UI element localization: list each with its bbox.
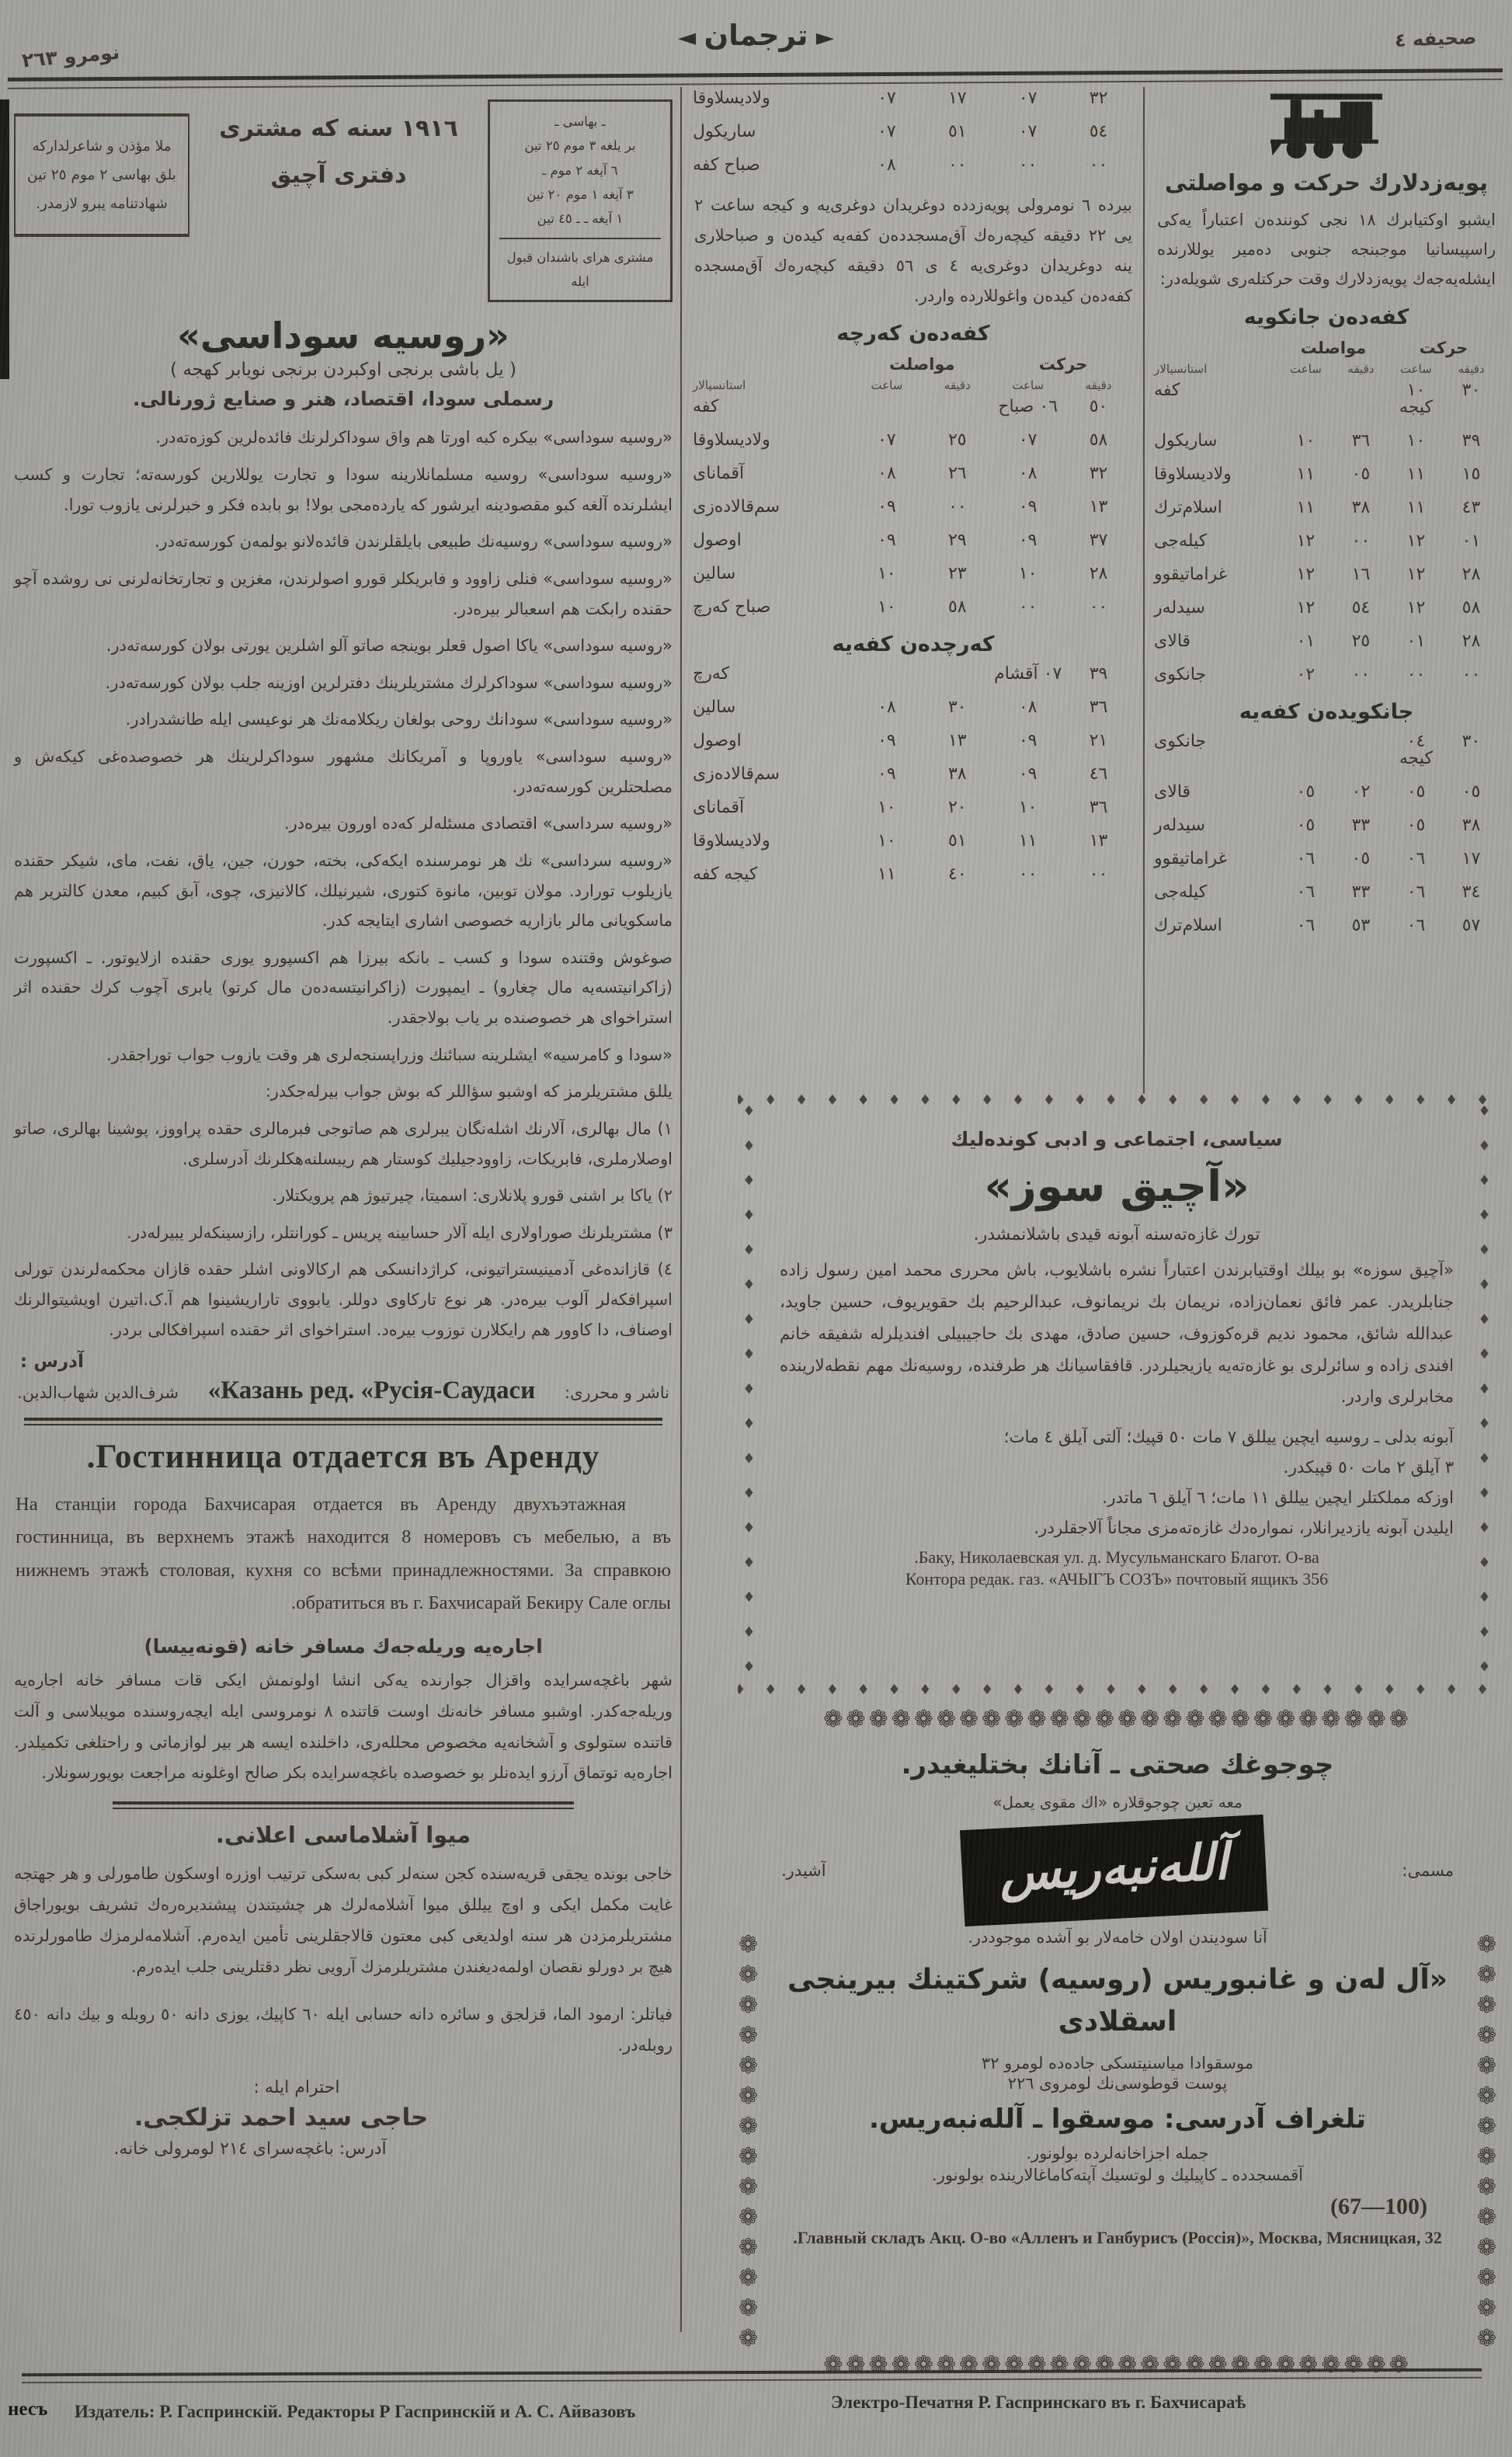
article-paragraph: «روسیه سوداسی» بیکره کبه اورتا هم واق سو… (14, 423, 673, 453)
departure-minute: ٣٩ (1444, 433, 1499, 450)
departure-hour: ٠٩ (992, 733, 1063, 750)
station-name: سیدلەر (1154, 600, 1278, 617)
address-label: آدرس : (20, 1352, 666, 1372)
departure-hour: ١٠ (992, 566, 1063, 583)
numbered-item: ١) مال بهالری، آلارنك اشلەنگان یبرلری هم… (14, 1114, 673, 1174)
departure-minute: ٣٢ (1063, 465, 1134, 482)
flower-border-icon (733, 1706, 1502, 1733)
header-rule (8, 68, 1503, 89)
achyq-price-russia: آبونه بدلی ـ روسیه ایچین ییللق ٧ مات ٥٠ … (780, 1428, 1454, 1447)
allen-ad-number: (67—100) (808, 2194, 1427, 2220)
timetable-row: ٣٦ ٠٨ ٣٠ ٠٨ سالین (693, 699, 1134, 716)
arrival-minute: ١٦ (1333, 566, 1389, 583)
article-subtitle: ( یل باشی برنجی اوکبردن برنجی نویابر کهج… (14, 360, 673, 380)
arrival-hour: ٠٧ (852, 124, 923, 141)
station-name: سالین (693, 699, 851, 716)
arrival-minute: ٠٥ (1333, 851, 1389, 868)
col-arrival-label: مواصلت (1278, 339, 1389, 357)
article-paragraph: «روسیه سوداسی» روسیەنك طبیعی بایلقلرندن … (14, 527, 673, 557)
timetable-row: ٥٧ ٠٦ ٥٣ ٠٦ اسلام‌ترك (1154, 917, 1499, 934)
timetable-row: ٠٥ ٠٥ ٠٢ ٠٥ قالای (1154, 784, 1499, 801)
kazan-imprint-line: ناشر و محرری: Казань ред. «Русія-Саудаси… (17, 1376, 669, 1405)
timetable-sub-header: دقیقه ساعت دقیقه ساعت استانسیالار (1154, 362, 1499, 376)
qa-service-line: «سودا و کامرسیه» ایشلرینه سبائنك وزراپسن… (14, 1040, 673, 1070)
station-name: غراماتیقوو (1154, 851, 1278, 868)
arrival-hour: ١٠ (1278, 433, 1333, 450)
departure-hour: ١٠ (992, 799, 1063, 816)
timetable-kefe-kerch: کفەدەن کەرچه حرکت مواصلت دقیقه ساعت دقیق… (693, 322, 1134, 616)
arrival-hour: ٠٩ (852, 499, 923, 516)
minute-label: دقیقه (1333, 362, 1389, 376)
arrival-minute: ٢٠ (922, 799, 992, 816)
departure-hour: ١٢ (1389, 600, 1444, 617)
price-line: ١ آیغه ـ ـ ٤٥ تین (499, 207, 661, 231)
arrival-minute: ٣٠ (922, 699, 992, 716)
notice-line: شهادتنامه یبرو لازمدر. (26, 190, 177, 218)
diamond-border-icon (738, 1092, 1496, 1108)
arrival-minute: ١٧ (922, 90, 992, 107)
arrival-minute: ٠٢ (1333, 784, 1389, 801)
arrival-hour: ١١ (852, 866, 923, 883)
station-name: سیدلەر (1154, 817, 1278, 834)
departure-minute: ٥٠ (1063, 398, 1134, 416)
departure-minute: ١٧ (1444, 851, 1499, 868)
price-line: مشتری هرای باشندان قبول ایله (499, 238, 661, 294)
station-name: ولادیسلاوقا (693, 90, 851, 107)
article-paragraph: «روسیه سوداسی» فنلی زاوود و فابریکلر قور… (14, 564, 673, 624)
departure-hour: ١٢ (1389, 566, 1444, 583)
station-name: کیجه کفه (693, 866, 851, 883)
achyq-body: «آچیق سوزه» بو بیلك اوقتیابرندن اعتباراً… (780, 1255, 1454, 1414)
timetable-row: ١٣ ١١ ٥١ ١٠ ولادیسلاوقا (693, 833, 1134, 850)
timetable-row: ٠٠ ٠٠ ٠٠ ٠٨ صباح کفه (693, 157, 1134, 174)
departure-minute: ٠٠ (1444, 666, 1499, 684)
flower-border-icon (735, 1729, 762, 2355)
arrival-minute: ٥١ (922, 833, 992, 850)
departure-minute: ٠٠ (1063, 599, 1134, 616)
allen-availability-1: جمله اجزاخانەلرده بولونور. (777, 2144, 1458, 2163)
departure-minute: ٢١ (1063, 733, 1134, 750)
war-trade-note: صوغوش وقتنده سودا و کسب ـ بانکه بیرزا هم… (14, 943, 673, 1033)
timetable-rows: ٣٩ ٠٧ آقشام کەرچ ٣٦ ٠٨ ٣٠ ٠٨ سالین ٢١ ٠٩… (693, 666, 1134, 883)
qa-intro-line: یللق مشتریلرمز که اوشبو سؤاللر که بوش جو… (14, 1077, 673, 1107)
departure-minute: ٣٢ (1063, 90, 1134, 107)
timetable-row: ٣٧ ٠٩ ٢٩ ٠٩ اوصول (693, 532, 1134, 549)
timetable-rows: ٥٠ ٠٦ صباح کفه ٥٨ ٠٧ ٢٥ ٠٧ ولادیسلاوقا ٣… (693, 398, 1134, 616)
allen-address-1: موسقوادا میاسنیتسکی جادەده لومرو ٣٢ (777, 2054, 1458, 2072)
station-name: قالای (1154, 633, 1278, 650)
allen-russian-line: Главный складъ Акц. О-во «Алленъ и Ганбу… (784, 2225, 1451, 2250)
departure-hour: ٠٦ صباح (992, 398, 1063, 416)
hotel-ad-heading-arabic: اجاره‌یه وریله‌جەك مسافر خانه (قونه‌ییسا… (14, 1635, 673, 1658)
article-paragraph: «روسیه سوداسی» سوداکرلرك مشتریلرینك دفتر… (14, 668, 673, 698)
allenburys-ad: چوجوغك صحتی ـ آنانك بختلیغیدر. معه تعین … (733, 1706, 1502, 2379)
arrival-minute: ٤٠ (922, 866, 992, 883)
arrival-minute: ١٣ (922, 733, 992, 750)
departure-hour: ١٠ (1389, 433, 1444, 450)
station-name: جانکوی (1154, 666, 1278, 684)
arrival-minute: ٠٠ (1333, 533, 1389, 550)
departure-hour: ١١ (1389, 466, 1444, 483)
station-name: آقمانای (693, 799, 851, 816)
hotel-ad-body: На станціи города Бахчисарая отдается въ… (16, 1488, 671, 1620)
departure-hour: ٠٨ (992, 699, 1063, 716)
arrival-minute: ٢٣ (922, 566, 992, 583)
timetable-row: ٣٦ ١٠ ٢٠ ١٠ آقمانای (693, 799, 1134, 816)
achyq-tagline: سیاسی، اجتماعی و ادبی کوندەلیك (769, 1128, 1465, 1150)
allen-availability-2: آقمسجدده ـ کاپیلیك و لوتسیك آپتەکاماغالا… (777, 2166, 1458, 2184)
arrival-hour (852, 666, 923, 683)
arrival-minute: ٣٣ (1333, 884, 1389, 901)
arrival-minute: ٥٤ (1333, 600, 1389, 617)
column-divider-right (1143, 87, 1145, 1094)
achyq-address-russian: Баку, Николаевская ул. д. Мусульманскаго… (769, 1547, 1465, 1568)
timetable-kerch-kefe: کەرچدەن کفەیه ٣٩ ٠٧ آقشام کەرچ ٣٦ ٠٨ ٣٠ … (693, 632, 1134, 883)
timetable-row: ٥٨ ١٢ ٥٤ ١٢ سیدلەر (1154, 600, 1499, 617)
station-name: صباح کەرچ (693, 599, 851, 616)
allen-brand-plate: آللەنبەریس (961, 1816, 1266, 1925)
middle-column: ٣٢ ٠٧ ١٧ ٠٧ ولادیسلاوقا ٥٤ ٠٧ ٥١ ٠٧ ساری… (693, 90, 1134, 900)
locomotive-icon (1154, 92, 1499, 165)
departure-minute: ٣٦ (1063, 699, 1134, 716)
masthead-title: ترجمان (0, 19, 1512, 52)
footer-publisher: Издатель: Р. Гаспринскій. Редакторы Р Га… (75, 2402, 635, 2422)
arrival-hour: ٠٧ (852, 90, 923, 107)
arrival-hour: ٠٥ (1278, 817, 1333, 834)
station-name: ولادیسلاوقا (1154, 466, 1278, 483)
footer-rule (22, 2368, 1482, 2384)
arrival-hour: ١٢ (1278, 566, 1333, 583)
timetable-row: ٥٠ ٠٦ صباح کفه (693, 398, 1134, 416)
arrival-hour: ٠٩ (852, 733, 923, 750)
arrival-minute: ٢٩ (922, 532, 992, 549)
timetable-sub-header: دقیقه ساعت دقیقه ساعت استانسیالار (693, 378, 1134, 392)
footer-printer: Электро-Печатня Р. Гаспринскаго въ г. Ба… (831, 2393, 1246, 2413)
achyq-price-foreign: اوزکه مملکتلر ایچین ییللق ١١ مات؛ ٦ آیلق… (780, 1488, 1454, 1508)
article-header-boxes: ـ بهاسی ـبر یلغه ٣ موم ٢٥ تین٦ آیغه ٢ مو… (14, 99, 673, 302)
timetable-row: ٠٠ ٠٠ ٠٠ ٠٢ جانکوی (1154, 666, 1499, 684)
departure-hour: ٠٩ (992, 766, 1063, 783)
departure-hour: ٠٠ (1389, 666, 1444, 684)
arrival-minute: ٠٠ (922, 157, 992, 174)
numbered-item: ٤) قازاندەغی آدمینیستراتیونی، کراژدانسکی… (14, 1255, 673, 1345)
arrival-hour: ٠٩ (852, 532, 923, 549)
departure-minute: ٢٨ (1444, 566, 1499, 583)
achyq-title: «آچیق سوز» (769, 1161, 1465, 1211)
arrival-hour: ١٢ (1278, 600, 1333, 617)
departure-minute: ٠٠ (1063, 866, 1134, 883)
hour-label: ساعت (1278, 362, 1333, 376)
departure-minute: ٥٨ (1063, 432, 1134, 449)
article-paragraph: «روسیه سوداسی» یاوروپا و آمریکانك مشهور … (14, 742, 673, 802)
departure-minute: ٣٦ (1063, 799, 1134, 816)
arrival-hour: ٠٦ (1278, 884, 1333, 901)
col-departure-label: حرکت (1389, 339, 1499, 357)
departure-hour: ٠٨ (992, 465, 1063, 482)
price-line: ـ بهاسی ـ (499, 110, 661, 134)
timetable-row: ٥٤ ٠٧ ٥١ ٠٧ ساریکول (693, 124, 1134, 141)
arrival-minute: ٠٠ (922, 499, 992, 516)
departure-hour: ٠٥ (1389, 817, 1444, 834)
publisher-editor-name: شرف‌الدین شهاب‌الدین. (17, 1383, 179, 1402)
hour-label: ساعت (852, 378, 923, 392)
departure-hour: ٠٠ (992, 157, 1063, 174)
arrival-minute: ٣٣ (1333, 817, 1389, 834)
timetable-row: ١٣ ٠٩ ٠٠ ٠٩ سم‌قالادەزی (693, 499, 1134, 516)
allen-telegraph-address: تلغراف آدرسی: موسقوا ـ آللەنبەریس. (777, 2104, 1458, 2135)
achyq-subscription-line: تورك غازەتەسنه آبونه قیدی باشلانمشدر. (769, 1225, 1465, 1244)
departure-hour: ٠٧ آقشام (992, 666, 1063, 683)
station-name: سم‌قالادەزی (693, 499, 851, 516)
timetable-row: ١٧ ٠٦ ٠٥ ٠٦ غراماتیقوو (1154, 851, 1499, 868)
station-name: جانکوی (1154, 733, 1278, 767)
departure-minute: ٤٦ (1063, 766, 1134, 783)
price-line: ٣ آیغه ١ موم ٢٠ تین (499, 183, 661, 207)
allen-left-word: آشیدر. (781, 1861, 826, 1880)
arrival-hour: ٠٧ (852, 432, 923, 449)
departure-minute: ٥٨ (1444, 600, 1499, 617)
arrival-hour (1278, 382, 1333, 416)
timetable-kefe-dzhankoy: کفەدەن جانکویه حرکت مواصلت دقیقه ساعت دق… (1154, 305, 1499, 684)
timetable-row: ٤٣ ١١ ٣٨ ١١ اسلام‌ترك (1154, 499, 1499, 517)
diamond-border-icon (741, 1106, 757, 1683)
col-departure-label: حرکت (992, 355, 1134, 374)
hotel-ad-body-arabic: شهر باغچه‌سرایده واقزال جوارنده یەکی انش… (14, 1665, 673, 1790)
timetable-group-header: حرکت مواصلت (1154, 339, 1499, 357)
departure-minute: ٢٨ (1444, 633, 1499, 650)
arrival-hour: ٠٢ (1278, 666, 1333, 684)
left-column: ـ بهاسی ـبر یلغه ٣ موم ٢٥ تین٦ آیغه ٢ مو… (14, 99, 673, 2159)
station-name: آقمانای (693, 465, 851, 482)
section-divider (24, 1418, 663, 1425)
departure-minute: ٠٠ (1063, 157, 1134, 174)
price-line: ٦ آیغه ٢ موم ـ (499, 158, 661, 183)
express-train-note: بیرده ٦ نومرولی پویەزدده دوغریدان دوغری‌… (694, 190, 1132, 311)
newspaper-page: ترجمان نومرو ٢٦٣ صحیفه ٤ (0, 0, 1512, 2457)
arrival-minute: ٣٨ (1333, 499, 1389, 517)
departure-hour: ١٠ کیجه (1389, 382, 1444, 416)
departure-minute: ١٥ (1444, 466, 1499, 483)
arrival-minute (922, 666, 992, 683)
arrival-hour: ٠٦ (1278, 917, 1333, 934)
timetable-row: ٣٠ ٠٤ کیجه جانکوی (1154, 733, 1499, 767)
departure-minute: ٠٥ (1444, 784, 1499, 801)
timetable-row: ٣٢ ٠٧ ١٧ ٠٧ ولادیسلاوقا (693, 90, 1134, 107)
departure-minute: ٤٣ (1444, 499, 1499, 517)
station-name: صباح کفه (693, 157, 851, 174)
station-name: اوصول (693, 733, 851, 750)
departure-minute: ٢٨ (1063, 566, 1134, 583)
departure-minute: ٣٧ (1063, 532, 1134, 549)
timetable-title: کفەدەن کەرچه (693, 322, 1134, 346)
muezzin-notice-box: ملا مؤذن و شاعرلدارکهبلق بهاسی ٢ موم ٢٥ … (14, 113, 189, 237)
timetable-dzhankoy-kefe: جانکویدەن کفەیه ٣٠ ٠٤ کیجه جانکوی ٠٥ ٠٥ … (1154, 700, 1499, 934)
article-tagline: رسملی سودا، اقتصاد، هنر و صنایع ژورنالی. (14, 388, 673, 410)
film-edge (0, 99, 9, 379)
flower-border-icon (1473, 1729, 1500, 2355)
departure-hour: ١٢ (1389, 533, 1444, 550)
footer-edge-fragment: несъ (8, 2399, 47, 2420)
timetable-row: ٠٠ ٠٠ ٥٨ ١٠ صباح کەرچ (693, 599, 1134, 616)
numbered-item: ٣) مشتریلرنك صوراولاری ایله آلار حسابینه… (14, 1218, 673, 1248)
arrival-hour: ٠٥ (1278, 784, 1333, 801)
timetable-row: ٢١ ٠٩ ١٣ ٠٩ اوصول (693, 733, 1134, 750)
station-name: قالای (1154, 784, 1278, 801)
arrival-minute: ٥٣ (1333, 917, 1389, 934)
station-name: غراماتیقوو (1154, 566, 1278, 583)
departure-hour: ٠٠ (992, 599, 1063, 616)
price-line: بر یلغه ٣ موم ٢٥ تین (499, 134, 661, 158)
arrival-hour: ٠٨ (852, 157, 923, 174)
station-name: اوصول (693, 532, 851, 549)
arrival-hour (852, 398, 923, 416)
station-name: سالین (693, 566, 851, 583)
minute-label: دقیقه (1063, 378, 1134, 392)
section-divider (113, 1801, 574, 1809)
timetable-row: ٣٠ ١٠ کیجه کفه (1154, 382, 1499, 416)
departure-hour: ٠٦ (1389, 917, 1444, 934)
allen-heading: چوجوغك صحتی ـ آنانك بختلیغیدر. (777, 1749, 1458, 1780)
station-name: ساریکول (1154, 433, 1278, 450)
departure-minute: ٥٤ (1063, 124, 1134, 141)
timetable-row: ١٥ ١١ ٠٥ ١١ ولادیسلاوقا (1154, 466, 1499, 483)
departure-hour: ٠٧ (992, 432, 1063, 449)
achyq-free-sample-note: ایلیدن آبونه یازدیرانلار، نموارەدك غازەت… (780, 1519, 1454, 1538)
numbered-item: ٢) یاکا بر اشنی قورو پلانلاری: اسمیتا، چ… (14, 1181, 673, 1211)
arrival-hour (1278, 733, 1333, 767)
arrival-hour: ١١ (1278, 466, 1333, 483)
timetable-row: ٤٦ ٠٩ ٣٨ ٠٩ سم‌قالادەزی (693, 766, 1134, 783)
departure-minute: ١٣ (1063, 499, 1134, 516)
departure-minute: ٣٨ (1444, 817, 1499, 834)
article-paragraph: «روسیه سوداسی» سودانك روحی بولغان ریکلام… (14, 705, 673, 735)
arrival-minute: ٥٨ (922, 599, 992, 616)
timetable-rows: ٣٠ ٠٤ کیجه جانکوی ٠٥ ٠٥ ٠٢ ٠٥ قالای ٣٨ ٠… (1154, 733, 1499, 934)
timetable-group-header: حرکت مواصلت (693, 355, 1134, 374)
timetable-row: ٢٨ ١٢ ١٦ ١٢ غراماتیقوو (1154, 566, 1499, 583)
hour-label: ساعت (992, 378, 1063, 392)
allen-plate-row: مسمی: آللەنبەریس آشیدر. (781, 1824, 1454, 1917)
train-schedule-column: پویەزدلارك حرکت و مواصلتی ایشبو اوکتیابر… (1154, 87, 1499, 951)
departure-hour: ٠١ (1389, 633, 1444, 650)
arrival-minute (1333, 382, 1389, 416)
timetable-row: ٠١ ١٢ ٠٠ ١٢ کیلەجی (1154, 533, 1499, 550)
page-number: صحیفه ٤ (1394, 26, 1476, 51)
arrival-minute: ٢٥ (922, 432, 992, 449)
arrival-minute: ٢٦ (922, 465, 992, 482)
departure-minute: ١٣ (1063, 833, 1134, 850)
departure-hour: ٠٦ (1389, 851, 1444, 868)
train-intro: ایشبو اوکتیابرك ١٨ نجی کونندەن اعتباراً … (1157, 205, 1496, 294)
arrival-hour: ٠١ (1278, 633, 1333, 650)
timetable-row: ٣٤ ٠٦ ٣٣ ٠٦ کیلەجی (1154, 884, 1499, 901)
publisher-editor-label: ناشر و محرری: (565, 1383, 669, 1402)
year-line: ١٩١٦ سنه که مشتری دفتری آچیق (200, 99, 477, 199)
timetable-row: ٣٢ ٠٨ ٢٦ ٠٨ آقمانای (693, 465, 1134, 482)
timetable-title: جانکویدەن کفەیه (1154, 700, 1499, 724)
timetable-row: ٣٩ ٠٧ آقشام کەرچ (693, 666, 1134, 683)
article-paragraph: «روسیه سوداسی» یاکا اصول قعلر بوینجه صات… (14, 631, 673, 661)
arrival-hour: ١٠ (852, 833, 923, 850)
stations-label: استانسیالار (1154, 362, 1278, 376)
timetable-title: کەرچدەن کفەیه (693, 632, 1134, 656)
minute-label: دقیقه (922, 378, 992, 392)
timetable-row: ٣٨ ٠٥ ٣٣ ٠٥ سیدلەر (1154, 817, 1499, 834)
departure-hour: ١١ (992, 833, 1063, 850)
departure-hour: ٠٩ (992, 532, 1063, 549)
article-body: «روسیه سوداسی» بیکره کبه اورتا هم واق سو… (14, 423, 673, 935)
station-name: اسلام‌ترك (1154, 499, 1278, 517)
allen-company-line: «آل لەن و غانبوریس (روسیه) شرکتینك بیرین… (777, 1959, 1458, 2043)
allen-below-plate: آنا سودیندن اولان خامەلار بو آشدە موجودد… (777, 1928, 1458, 1947)
achyq-office-russian: Контора редак. газ. «АЧЫГЪ СОЗЪ» почтовы… (769, 1569, 1465, 1589)
allen-address-2: پوست قوطوسی‌نك لومروی ٢٢٦ (777, 2074, 1458, 2093)
station-name: کفه (693, 398, 851, 416)
arrival-minute: ٥١ (922, 124, 992, 141)
stations-label: استانسیالار (693, 378, 851, 392)
departure-minute: ٥٧ (1444, 917, 1499, 934)
numbered-list: ١) مال بهالری، آلارنك اشلەنگان یبرلری هم… (14, 1114, 673, 1345)
article-paragraph: «روسیه سوداسی» روسیه مسلمانلارینه سودا و… (14, 460, 673, 520)
achyq-soz-ad: سیاسی، اجتماعی و ادبی کوندەلیك «آچیق سوز… (738, 1091, 1496, 1698)
departure-hour: ٠٠ (992, 866, 1063, 883)
timetable-row: ٣٩ ١٠ ٣٦ ١٠ ساریکول (1154, 433, 1499, 450)
arrival-hour: ١٠ (852, 599, 923, 616)
article-paragraph: «روسیه سرداسی» اقتصادی مسئلەلر کەده اورو… (14, 809, 673, 839)
arrival-minute: ٣٨ (922, 766, 992, 783)
arrival-minute (1333, 733, 1389, 767)
timetable-continuation-rows: ٣٢ ٠٧ ١٧ ٠٧ ولادیسلاوقا ٥٤ ٠٧ ٥١ ٠٧ ساری… (693, 90, 1134, 174)
timetable-title: کفەدەن جانکویه (1154, 305, 1499, 329)
station-name: کیلەجی (1154, 533, 1278, 550)
allen-subheading: معه تعین چوجوقلاره «اك مقوی یعمل» (777, 1793, 1458, 1811)
allen-right-word: مسمی: (1402, 1861, 1454, 1880)
station-name: ولادیسلاوقا (693, 833, 851, 850)
notice-line: بلق بهاسی ٢ موم ٢٥ تین (26, 161, 177, 190)
minute-label: دقیقه (1444, 362, 1499, 376)
hotel-ad-title: Гостинница отдается въ Аренду. (14, 1438, 673, 1476)
fruit-ad-signature: حاجی سید احمد تزلکجی. (14, 2104, 548, 2132)
achyq-price-quarter: ٣ آیلق ٢ مات ٥٠ قپیكدر. (780, 1458, 1454, 1477)
station-name: کفه (1154, 382, 1278, 416)
departure-hour: ٠٩ (992, 499, 1063, 516)
station-name: ساریکول (693, 124, 851, 141)
timetable-row: ٥٨ ٠٧ ٢٥ ٠٧ ولادیسلاوقا (693, 432, 1134, 449)
arrival-hour: ٠٨ (852, 699, 923, 716)
hour-label: ساعت (1389, 362, 1444, 376)
departure-minute: ٣٠ (1444, 382, 1499, 416)
station-name: کەرچ (693, 666, 851, 683)
departure-minute: ٣٠ (1444, 733, 1499, 767)
timetable-rows: ٣٠ ١٠ کیجه کفه ٣٩ ١٠ ٣٦ ١٠ ساریکول ١٥ ١١… (1154, 382, 1499, 684)
departure-hour: ٠٦ (1389, 884, 1444, 901)
col-arrival-label: مواصلت (852, 355, 993, 374)
arrival-hour: ١١ (1278, 499, 1333, 517)
article-paragraph: «روسیه سرداسی» نك هر نومرسنده ایکەکی، بخ… (14, 846, 673, 936)
diamond-border-icon (738, 1682, 1496, 1698)
column-divider-left (680, 87, 682, 2332)
departure-minute: ٠١ (1444, 533, 1499, 550)
departure-minute: ٣٤ (1444, 884, 1499, 901)
arrival-hour: ١٠ (852, 566, 923, 583)
timetable-row: ٢٨ ١٠ ٢٣ ١٠ سالین (693, 566, 1134, 583)
fruit-ad-body: خاجی بونده یجقی قریه‌سنده کجن سنەلر کبی … (14, 1859, 673, 1983)
fruit-ad-address: آدرس: باغچه‌سرای ٢١٤ لومرولی خانه. (14, 2139, 486, 2159)
station-name: سم‌قالادەزی (693, 766, 851, 783)
arrival-minute: ٣٦ (1333, 433, 1389, 450)
article-title: «روسیه سوداسی» (14, 315, 673, 357)
fruit-ad-salute: احترام ایله : (14, 2078, 579, 2097)
